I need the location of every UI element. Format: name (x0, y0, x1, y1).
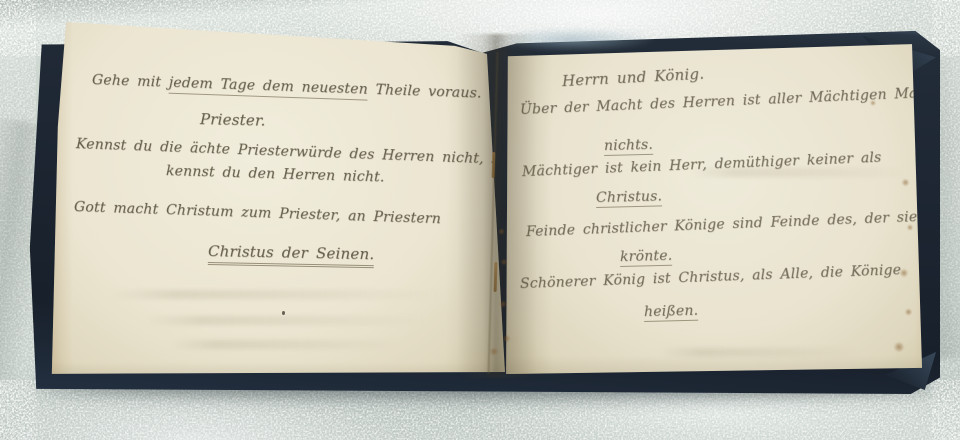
ink-showthrough (690, 168, 910, 177)
foxing-spot (905, 308, 912, 316)
handwriting-keyword: krönte. (620, 248, 673, 267)
photo-scene: Gehe mit jedem Tage dem neuesten Theile … (0, 0, 960, 440)
handwriting-keyword: heißen. (644, 303, 699, 322)
right-page: Herrn und König. Über der Macht des Herr… (500, 38, 936, 376)
spine-highlight (488, 28, 658, 52)
handwriting-line: Feinde christlicher Könige sind Feinde d… (526, 209, 918, 240)
handwriting-line: Über der Macht des Herren ist aller Mäch… (520, 84, 941, 118)
handwriting-segment: Theile voraus. (368, 82, 482, 102)
handwriting-line: Schönerer König ist Christus, als Alle, … (520, 262, 902, 292)
foxing-spot (907, 224, 913, 231)
foxing-spot (498, 228, 505, 235)
foxing-spot (503, 334, 510, 343)
foxing-spot (501, 258, 507, 266)
handwriting-keyword: nichts. (604, 137, 653, 156)
foxing-spot (489, 348, 499, 355)
ink-showthrough (170, 340, 400, 349)
foxing-spot (900, 268, 908, 278)
handwriting-line: Gehe mit jedem Tage dem neuesten Theile … (92, 72, 482, 102)
handwriting-keyword: Priester. (200, 110, 266, 130)
handwriting-heading: Herrn und König. (562, 65, 705, 90)
ink-showthrough (145, 316, 425, 325)
handwriting-keyword: Christus der Seinen. (208, 242, 375, 268)
ink-spot (282, 311, 285, 315)
left-page: Gehe mit jedem Tage dem neuesten Theile … (50, 18, 510, 380)
foxing-spot (499, 300, 507, 308)
handwriting-line: kennst du den Herren nicht. (166, 163, 385, 185)
handwriting-keyword: Christus. (596, 188, 663, 208)
handwriting-segment: Gehe mit (92, 72, 169, 91)
ink-showthrough (660, 348, 860, 357)
foxing-spot (893, 342, 905, 352)
handwriting-line: Gott macht Christum zum Priester, an Pri… (74, 199, 442, 227)
foxing-spot (870, 100, 876, 106)
foxing-spot (902, 178, 909, 187)
handwriting-line: Kennst du die ächte Priesterwürde des He… (76, 136, 508, 168)
ink-showthrough (110, 290, 440, 299)
underlined-phrase: jedem Tage dem neuesten (168, 75, 368, 101)
